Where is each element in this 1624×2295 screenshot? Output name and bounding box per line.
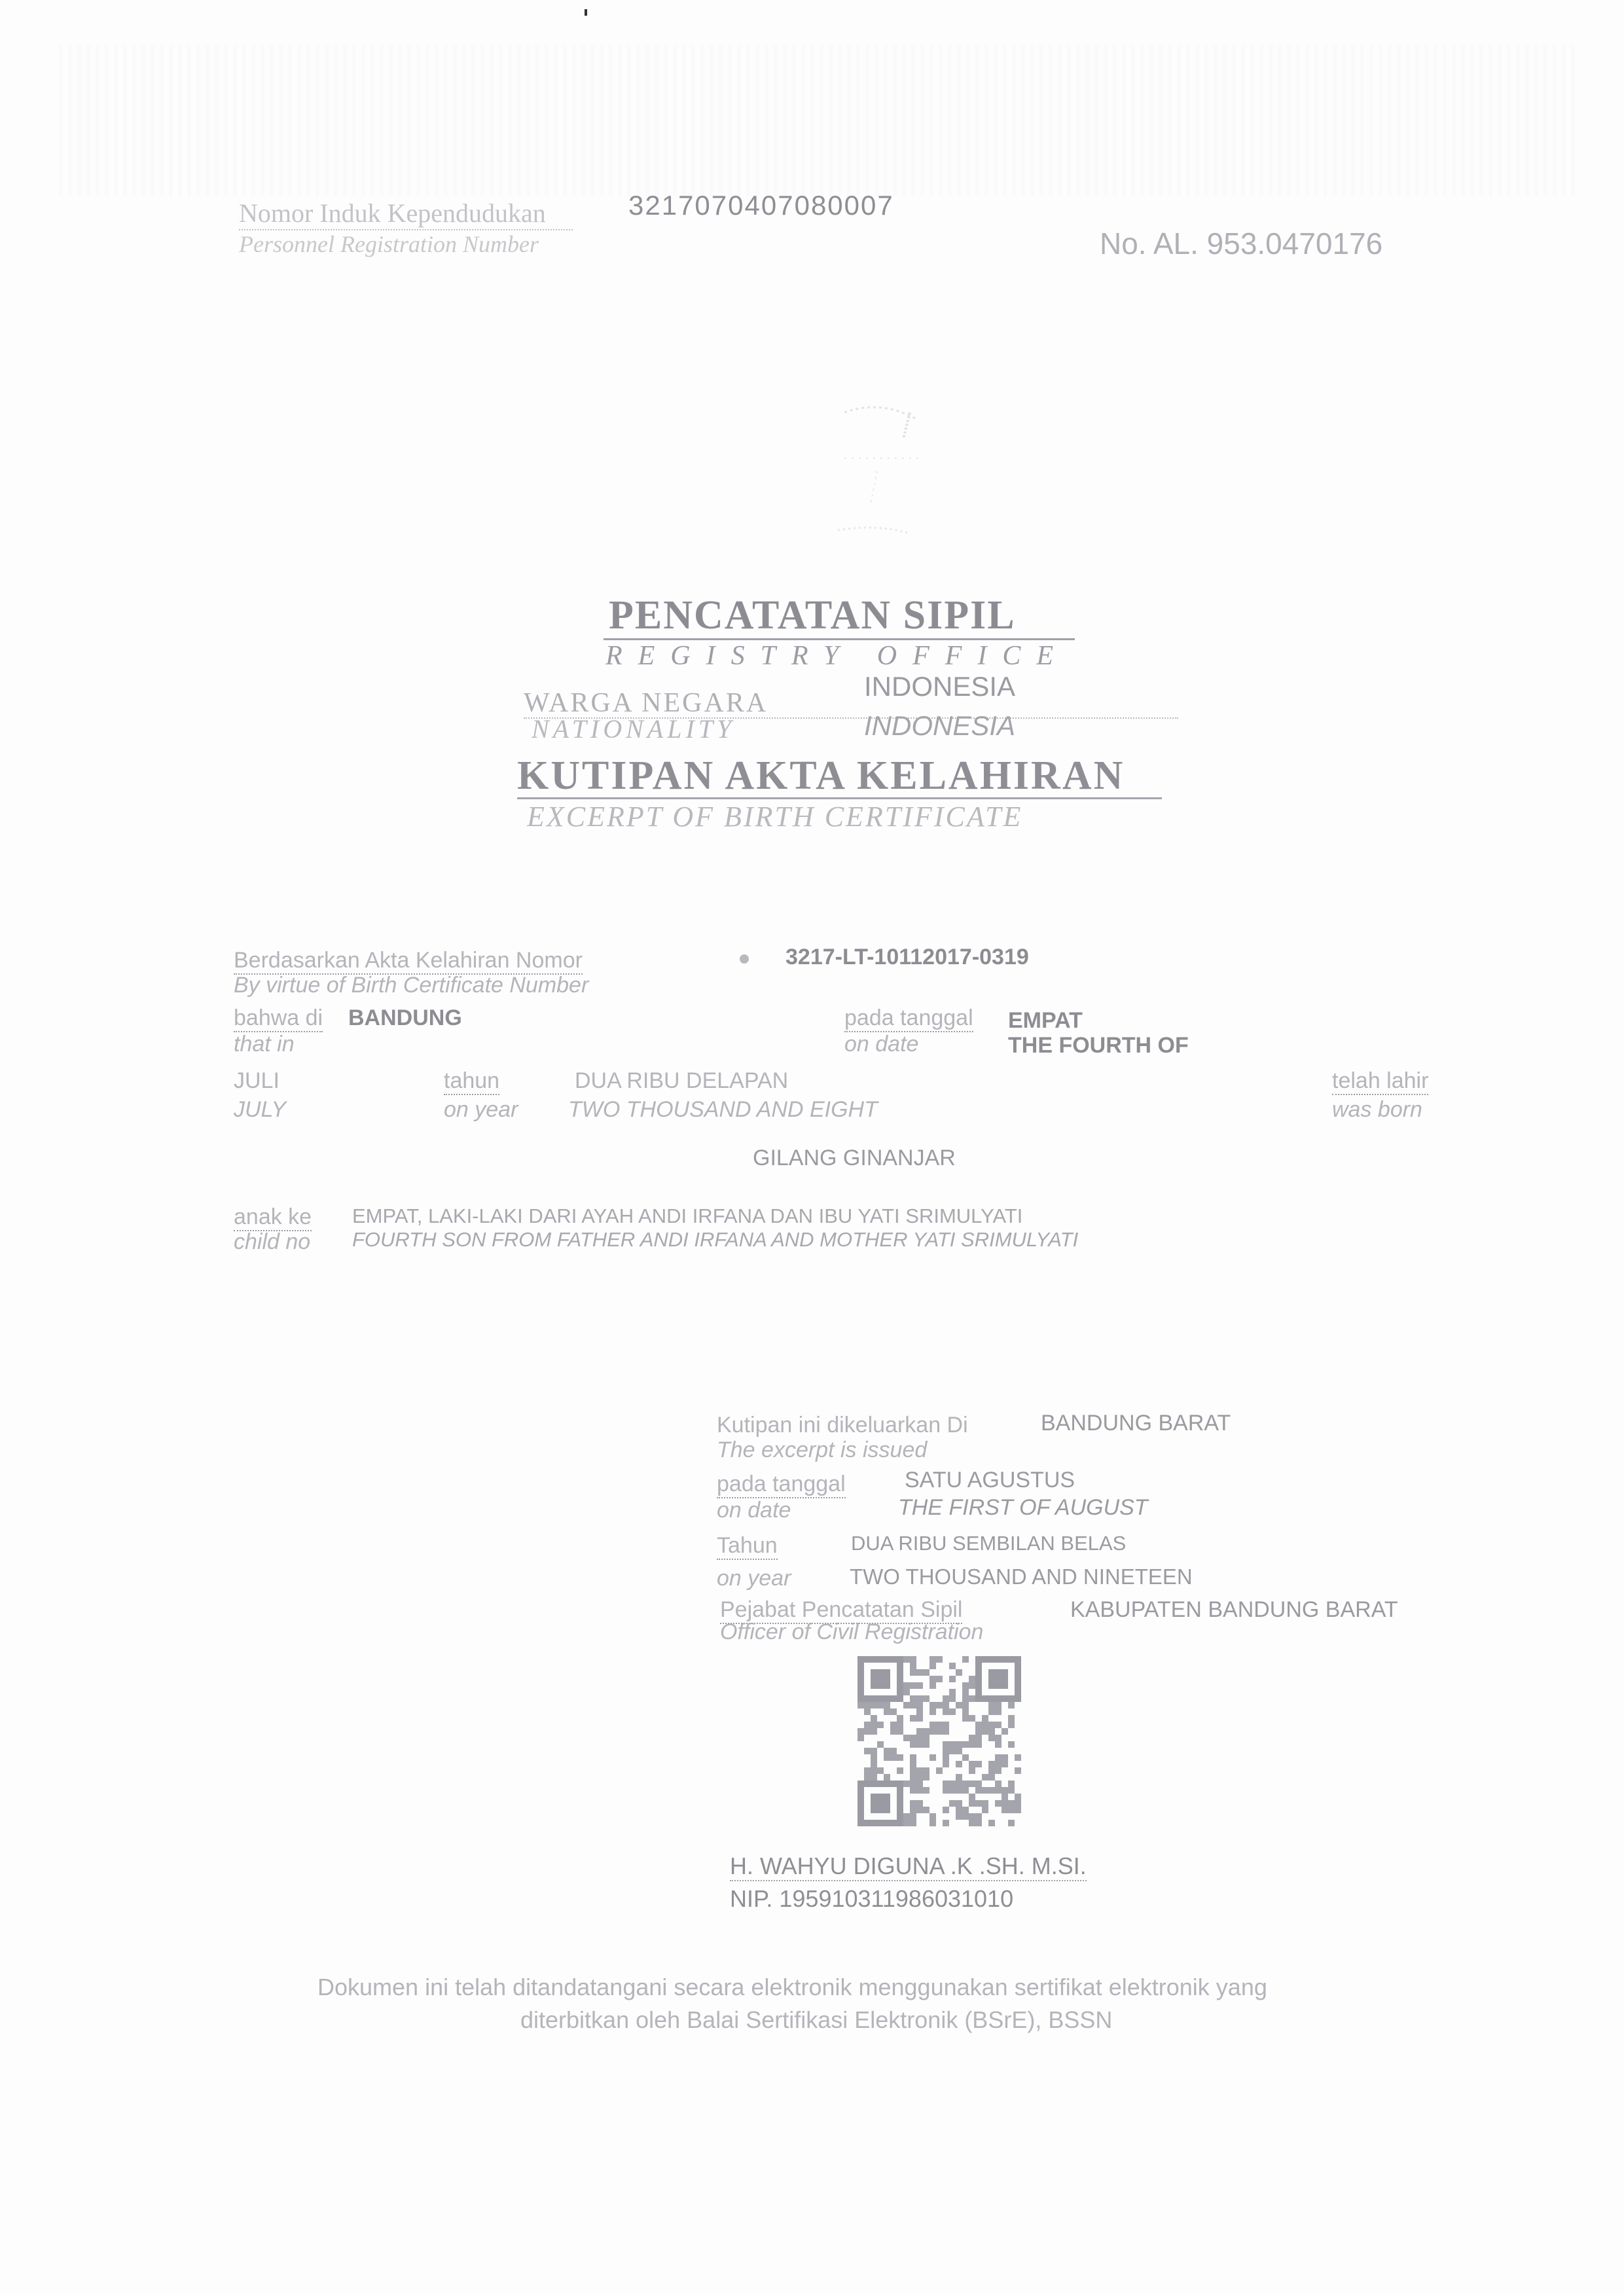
cert-number-label-en: By virtue of Birth Certificate Number	[234, 973, 588, 998]
office-title: PENCATATAN SIPIL	[609, 592, 1016, 639]
nationality-value-en: INDONESIA	[864, 710, 1015, 742]
place-value: BANDUNG	[348, 1005, 462, 1031]
place-label-en: that in	[234, 1032, 295, 1057]
officer-label-en: Officer of Civil Registration	[720, 1619, 983, 1645]
child-name: GILANG GINANJAR	[753, 1146, 956, 1171]
month-value: JULI	[234, 1068, 280, 1094]
child-no-label-en: child no	[234, 1229, 310, 1255]
document-title: KUTIPAN AKTA KELAHIRAN	[517, 753, 1125, 799]
nik-label-en: Personnel Registration Number	[239, 230, 539, 258]
born-label: telah lahir	[1332, 1068, 1428, 1095]
nik-label: Nomor Induk Kependudukan	[239, 198, 546, 228]
year-value-en: TWO THOUSAND AND EIGHT	[568, 1097, 878, 1123]
child-no-label: anak ke	[234, 1204, 312, 1231]
scan-artifact	[59, 46, 1578, 196]
footer-line-2: diterbitkan oleh Balai Sertifikasi Elekt…	[520, 2006, 1112, 2034]
year-label-en: on year	[444, 1097, 518, 1123]
office-title-en: REGISTRY OFFICE	[605, 640, 1069, 672]
issued-date-value: SATU AGUSTUS	[905, 1468, 1075, 1493]
document-title-en: EXCERPT OF BIRTH CERTIFICATE	[527, 800, 1022, 833]
cert-number-label: Berdasarkan Akta Kelahiran Nomor	[234, 948, 583, 975]
issued-at-label-en: The excerpt is issued	[717, 1437, 927, 1463]
born-label-en: was born	[1332, 1097, 1422, 1123]
signatory-nip: NIP. 195910311986031010	[730, 1885, 1013, 1913]
issued-year-label-en: on year	[717, 1566, 791, 1591]
issued-date-label-en: on date	[717, 1498, 791, 1523]
qr-code-icon	[857, 1656, 1021, 1826]
date-value: EMPAT	[1008, 1008, 1083, 1034]
child-no-value: EMPAT, LAKI-LAKI DARI AYAH ANDI IRFANA D…	[352, 1204, 1022, 1228]
garuda-emblem-icon	[805, 373, 956, 543]
date-label-en: on date	[844, 1032, 918, 1057]
document-title-rule	[517, 797, 1162, 799]
nationality-label-en: NATIONALITY	[532, 714, 735, 744]
child-no-value-en: FOURTH SON FROM FATHER ANDI IRFANA AND M…	[352, 1228, 1078, 1252]
year-value: DUA RIBU DELAPAN	[575, 1068, 788, 1094]
issued-at-label: Kutipan ini dikeluarkan Di	[717, 1413, 968, 1438]
year-label: tahun	[444, 1068, 499, 1095]
issued-year-value-en: TWO THOUSAND AND NINETEEN	[850, 1564, 1193, 1589]
issued-at-value: BANDUNG BARAT	[1041, 1411, 1231, 1436]
month-value-en: JULY	[234, 1097, 286, 1123]
cert-number-value: 3217-LT-10112017-0319	[785, 945, 1029, 970]
nationality-value: INDONESIA	[864, 671, 1015, 702]
scan-speck	[585, 9, 587, 16]
issued-date-value-en: THE FIRST OF AUGUST	[898, 1495, 1148, 1521]
place-label: bahwa di	[234, 1005, 323, 1032]
footer-line-1: Dokumen ini telah ditandatangani secara …	[317, 1974, 1267, 2001]
signatory-name: H. WAHYU DIGUNA .K .SH. M.SI.	[730, 1852, 1087, 1881]
issued-year-label: Tahun	[717, 1533, 778, 1560]
bullet	[740, 954, 749, 964]
issued-date-label: pada tanggal	[717, 1472, 846, 1498]
issued-year-value: DUA RIBU SEMBILAN BELAS	[851, 1532, 1126, 1555]
officer-region: KABUPATEN BANDUNG BARAT	[1070, 1597, 1398, 1623]
date-label: pada tanggal	[844, 1005, 973, 1032]
nik-value: 3217070407080007	[628, 190, 894, 221]
certificate-number: No. AL. 953.0470176	[1100, 226, 1382, 261]
date-value-en: THE FOURTH OF	[1008, 1033, 1189, 1058]
